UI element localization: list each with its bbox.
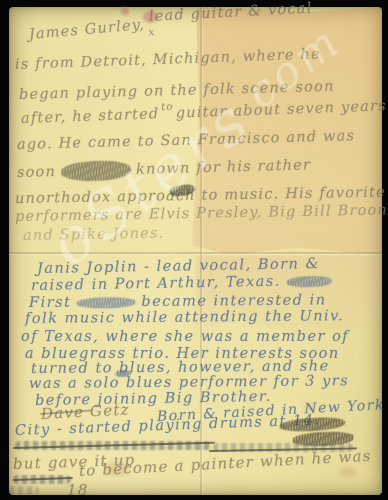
handwritten-line: folk music while attending the Univ.: [25, 308, 344, 327]
handwritten-line: James Gurley,x: [28, 16, 152, 43]
handwritten-line: 18: [67, 481, 89, 499]
line-part: guitar about seven years: [176, 98, 387, 121]
handwritten-line: after, he startedtoguitar about seven ye…: [21, 98, 387, 127]
illegible-crossed-out-text: [9, 486, 39, 495]
handwritten-line: began playing on the folk scene soon: [19, 79, 335, 103]
line-part: known for his rather: [136, 157, 311, 178]
handwritten-line: is from Detroit, Michigan, where he: [15, 46, 321, 73]
handwritten-line: of Texas, where she was a member of: [21, 329, 349, 345]
pink-smudge: [121, 7, 129, 15]
handwritten-line-insert: lead guitar & vocal: [149, 0, 313, 25]
foxing-spot: [339, 467, 357, 477]
scribbled-out-word: [76, 297, 136, 309]
handwritten-line: and Spike Jones.: [23, 226, 165, 244]
fold-crease-horizontal: [9, 252, 382, 254]
line-part: raised in Port Arthur, Texas.: [31, 274, 281, 294]
line-part: First: [29, 295, 72, 311]
handwritten-line: was a solo blues performer for 3 yrs: [29, 373, 349, 392]
name-james-gurley: James Gurley,: [28, 17, 145, 43]
handwritten-line: soonknown for his rather: [17, 155, 312, 183]
scribbled-out-word: [286, 275, 332, 287]
handwritten-line: ago. He came to San Francisco and was: [17, 128, 356, 153]
aged-paper: lead guitar & vocal James Gurley,x is fr…: [9, 7, 382, 495]
line-part: after, he started: [21, 106, 160, 127]
scribbled-out-word: [61, 160, 131, 182]
inserted-word-to: to: [161, 102, 174, 113]
line-part: became interested in: [141, 292, 326, 310]
caret-mark: x: [148, 27, 156, 39]
inserted-scribble-mark: [115, 370, 131, 377]
photo-frame: lead guitar & vocal James Gurley,x is fr…: [0, 0, 388, 500]
line-part: soon: [17, 164, 56, 181]
